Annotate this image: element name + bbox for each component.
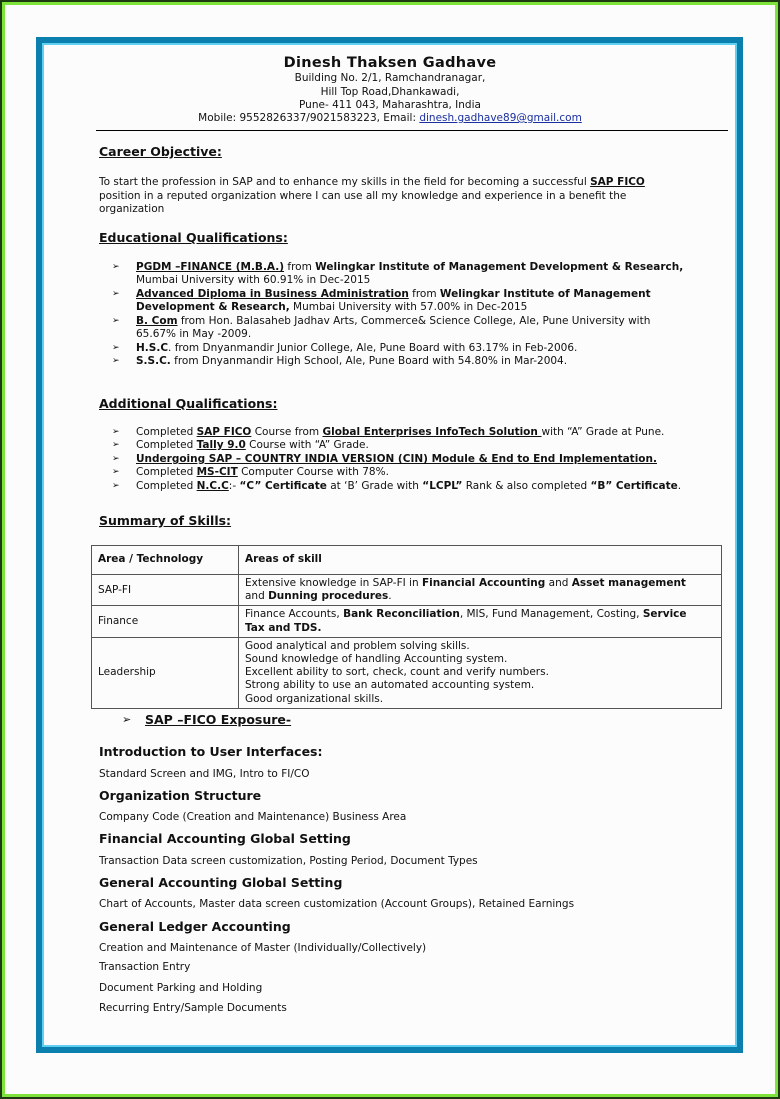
degree: S.S.C. <box>136 355 171 367</box>
rank: “LCPL” <box>422 480 462 492</box>
skill-cell: Extensive knowledge in SAP-FI in Financi… <box>239 575 722 606</box>
exposure-item: Standard Screen and IMG, Intro to FI/CO <box>99 768 309 780</box>
email-link[interactable]: dinesh.gadhave89@gmail.com <box>419 112 581 124</box>
area-cell: Leadership <box>92 637 239 708</box>
exposure-section-heading: Financial Accounting Global Setting <box>99 831 351 846</box>
exposure-item: Recurring Entry/Sample Documents <box>99 1002 287 1014</box>
text: and <box>545 577 571 589</box>
text: from <box>284 261 315 273</box>
text: Completed <box>136 480 197 492</box>
degree: PGDM –FINANCE (M.B.A.) <box>136 261 284 273</box>
text: and <box>245 590 268 602</box>
arrow-bullet-icon: ➢ <box>122 713 131 726</box>
sap-fico-emphasis: SAP FICO <box>590 176 645 188</box>
skill-cell: Good analytical and problem solving skil… <box>239 637 722 708</box>
text: Excellent ability to sort, check, count … <box>245 666 549 678</box>
text: Strong ability to use an automated accou… <box>245 679 534 691</box>
career-objective-heading: Career Objective: <box>99 144 222 159</box>
exposure-item: Company Code (Creation and Maintenance) … <box>99 811 406 823</box>
text: To start the profession in SAP and to en… <box>99 176 590 188</box>
table-row: Leadership Good analytical and problem s… <box>92 637 722 708</box>
address-line-3: Pune- 411 043, Maharashtra, India <box>0 99 780 111</box>
text: at ‘B’ Grade with <box>327 480 422 492</box>
institute: Welingkar Institute of Management <box>440 288 651 300</box>
additional-item: ➢ Completed N.C.C:- “C” Certificate at ‘… <box>136 480 681 493</box>
text: with “A” Grade at Pune. <box>542 426 665 438</box>
text: Tax and TDS. <box>245 622 321 634</box>
text: Completed <box>136 439 197 451</box>
text: Course with “A” Grade. <box>246 439 369 451</box>
arrow-bullet-icon: ➢ <box>112 426 120 439</box>
contact-line: Mobile: 9552826337/9021583223, Email: di… <box>0 112 780 124</box>
education-heading: Educational Qualifications: <box>99 230 288 245</box>
column-header: Areas of skill <box>239 546 722 575</box>
exposure-section-heading: Introduction to User Interfaces: <box>99 744 323 759</box>
text: Good organizational skills. <box>245 693 383 705</box>
text: from <box>409 288 440 300</box>
text: Completed <box>136 466 197 478</box>
exposure-item: Document Parking and Holding <box>99 982 262 994</box>
additional-item: ➢ Undergoing SAP – COUNTRY INDIA VERSION… <box>136 453 657 466</box>
institute: Welingkar Institute of Management Develo… <box>315 261 683 273</box>
text: Mumbai University with 60.91% in Dec-201… <box>136 274 370 286</box>
education-item: ➢ Advanced Diploma in Business Administr… <box>136 288 651 315</box>
degree: H.S.C <box>136 342 168 354</box>
table-row: Finance Finance Accounts, Bank Reconcili… <box>92 606 722 637</box>
text: Asset management <box>572 577 686 589</box>
skills-heading: Summary of Skills: <box>99 513 231 528</box>
course: MS-CIT <box>197 466 238 478</box>
table-row: SAP-FI Extensive knowledge in SAP-FI in … <box>92 575 722 606</box>
candidate-name: Dinesh Thaksen Gadhave <box>0 55 780 71</box>
arrow-bullet-icon: ➢ <box>112 439 120 452</box>
area-cell: SAP-FI <box>92 575 239 606</box>
text: :- <box>229 480 240 492</box>
education-item: ➢ PGDM –FINANCE (M.B.A.) from Welingkar … <box>136 261 683 288</box>
arrow-bullet-icon: ➢ <box>112 480 120 493</box>
text: from Hon. Balasaheb Jadhav Arts, Commerc… <box>178 315 651 327</box>
additional-item: ➢ Completed SAP FICO Course from Global … <box>136 426 664 439</box>
text: Mumbai University with 57.00% in Dec-201… <box>290 301 528 313</box>
additional-item: ➢ Completed MS-CIT Computer Course with … <box>136 466 389 479</box>
certificate: “B” Certificate <box>590 480 677 492</box>
exposure-heading: SAP –FICO Exposure- <box>145 712 291 727</box>
text: . from Dnyanmandir Junior College, Ale, … <box>168 342 577 354</box>
degree: Advanced Diploma in Business Administrat… <box>136 288 409 300</box>
text: Computer Course with 78%. <box>238 466 389 478</box>
institute: Global Enterprises InfoTech Solution <box>322 426 541 438</box>
text: Completed <box>136 426 197 438</box>
table-header-row: Area / Technology Areas of skill <box>92 546 722 575</box>
text: Sound knowledge of handling Accounting s… <box>245 653 507 665</box>
arrow-bullet-icon: ➢ <box>112 261 120 274</box>
text: Service <box>643 608 687 620</box>
course: SAP FICO <box>197 426 252 438</box>
arrow-bullet-icon: ➢ <box>112 453 120 466</box>
text: from Dnyanmandir High School, Ale, Pune … <box>171 355 567 367</box>
text: Financial Accounting <box>422 577 545 589</box>
address-line-2: Hill Top Road,Dhankawadi, <box>0 86 780 98</box>
exposure-item: Transaction Data screen customization, P… <box>99 855 478 867</box>
exposure-item: Transaction Entry <box>99 961 190 973</box>
course: Undergoing SAP – COUNTRY INDIA VERSION (… <box>136 453 657 465</box>
education-item: ➢ S.S.C. from Dnyanmandir High School, A… <box>136 355 567 368</box>
address-line-1: Building No. 2/1, Ramchandranagar, <box>0 72 780 84</box>
text: Dunning procedures <box>268 590 388 602</box>
skills-table: Area / Technology Areas of skill SAP-FI … <box>91 545 722 709</box>
text: . <box>388 590 391 602</box>
arrow-bullet-icon: ➢ <box>112 288 120 301</box>
text: Finance Accounts, <box>245 608 343 620</box>
skill-cell: Finance Accounts, Bank Reconciliation, M… <box>239 606 722 637</box>
text: 65.67% in May -2009. <box>136 328 251 340</box>
exposure-item: Chart of Accounts, Master data screen cu… <box>99 898 574 910</box>
area-cell: Finance <box>92 606 239 637</box>
course: N.C.C <box>197 480 229 492</box>
exposure-item: Creation and Maintenance of Master (Indi… <box>99 942 426 954</box>
text: . <box>678 480 681 492</box>
exposure-section-heading: General Ledger Accounting <box>99 919 291 934</box>
mobile-text: Mobile: 9552826337/9021583223, Email: <box>198 112 419 124</box>
career-objective-line-3: organization <box>99 203 164 217</box>
header-divider <box>96 130 728 131</box>
career-objective-line-2: position in a reputed organization where… <box>99 190 626 204</box>
text: , MIS, Fund Management, Costing, <box>460 608 643 620</box>
education-item: ➢ H.S.C. from Dnyanmandir Junior College… <box>136 342 577 355</box>
institute: Development & Research, <box>136 301 290 313</box>
exposure-section-heading: General Accounting Global Setting <box>99 875 342 890</box>
arrow-bullet-icon: ➢ <box>112 466 120 479</box>
text: Extensive knowledge in SAP-FI in <box>245 577 422 589</box>
additional-qualifications-heading: Additional Qualifications: <box>99 396 278 411</box>
text: Bank Reconciliation <box>343 608 460 620</box>
text: Rank & also completed <box>462 480 590 492</box>
education-item: ➢ B. Com from Hon. Balasaheb Jadhav Arts… <box>136 315 650 342</box>
career-objective-line-1: To start the profession in SAP and to en… <box>99 176 645 190</box>
arrow-bullet-icon: ➢ <box>112 342 120 355</box>
course: Tally 9.0 <box>197 439 246 451</box>
certificate: “C” Certificate <box>239 480 326 492</box>
degree: B. Com <box>136 315 178 327</box>
additional-item: ➢ Completed Tally 9.0 Course with “A” Gr… <box>136 439 369 452</box>
column-header: Area / Technology <box>92 546 239 575</box>
arrow-bullet-icon: ➢ <box>112 315 120 328</box>
text: Course from <box>251 426 322 438</box>
exposure-section-heading: Organization Structure <box>99 788 261 803</box>
text: Good analytical and problem solving skil… <box>245 640 470 652</box>
arrow-bullet-icon: ➢ <box>112 355 120 368</box>
